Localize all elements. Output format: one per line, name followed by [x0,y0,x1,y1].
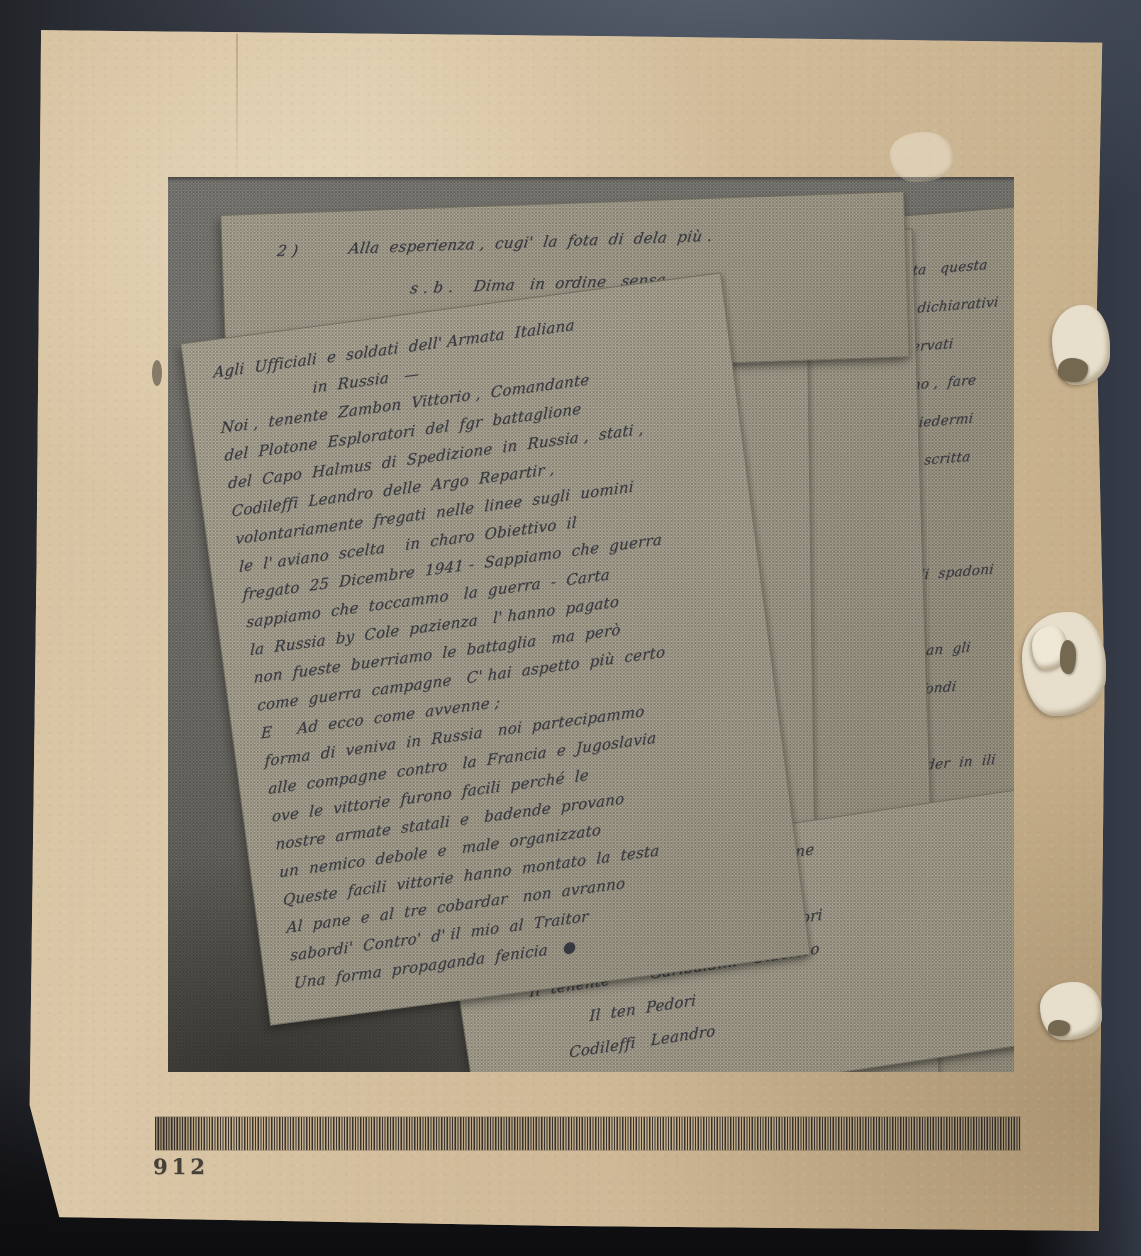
paper-tear-shadow [1058,358,1088,382]
hatched-rule [155,1117,1021,1150]
photographed-book-page: venta questaun dichiarativiriservatisono… [0,0,1141,1256]
paper-crease-spot [890,132,954,182]
paper-tear-shadow [1048,1020,1070,1036]
letters-photograph: venta questaun dichiarativiriservatisono… [168,177,1014,1072]
ink-speck [152,360,162,386]
paper-tear-shadow [1060,640,1076,674]
handwritten-letter-sheet: Agli Ufficiali e soldati dell' Armata It… [180,272,810,1025]
page-number: 912 [153,1156,209,1177]
paper-crease [236,34,238,184]
